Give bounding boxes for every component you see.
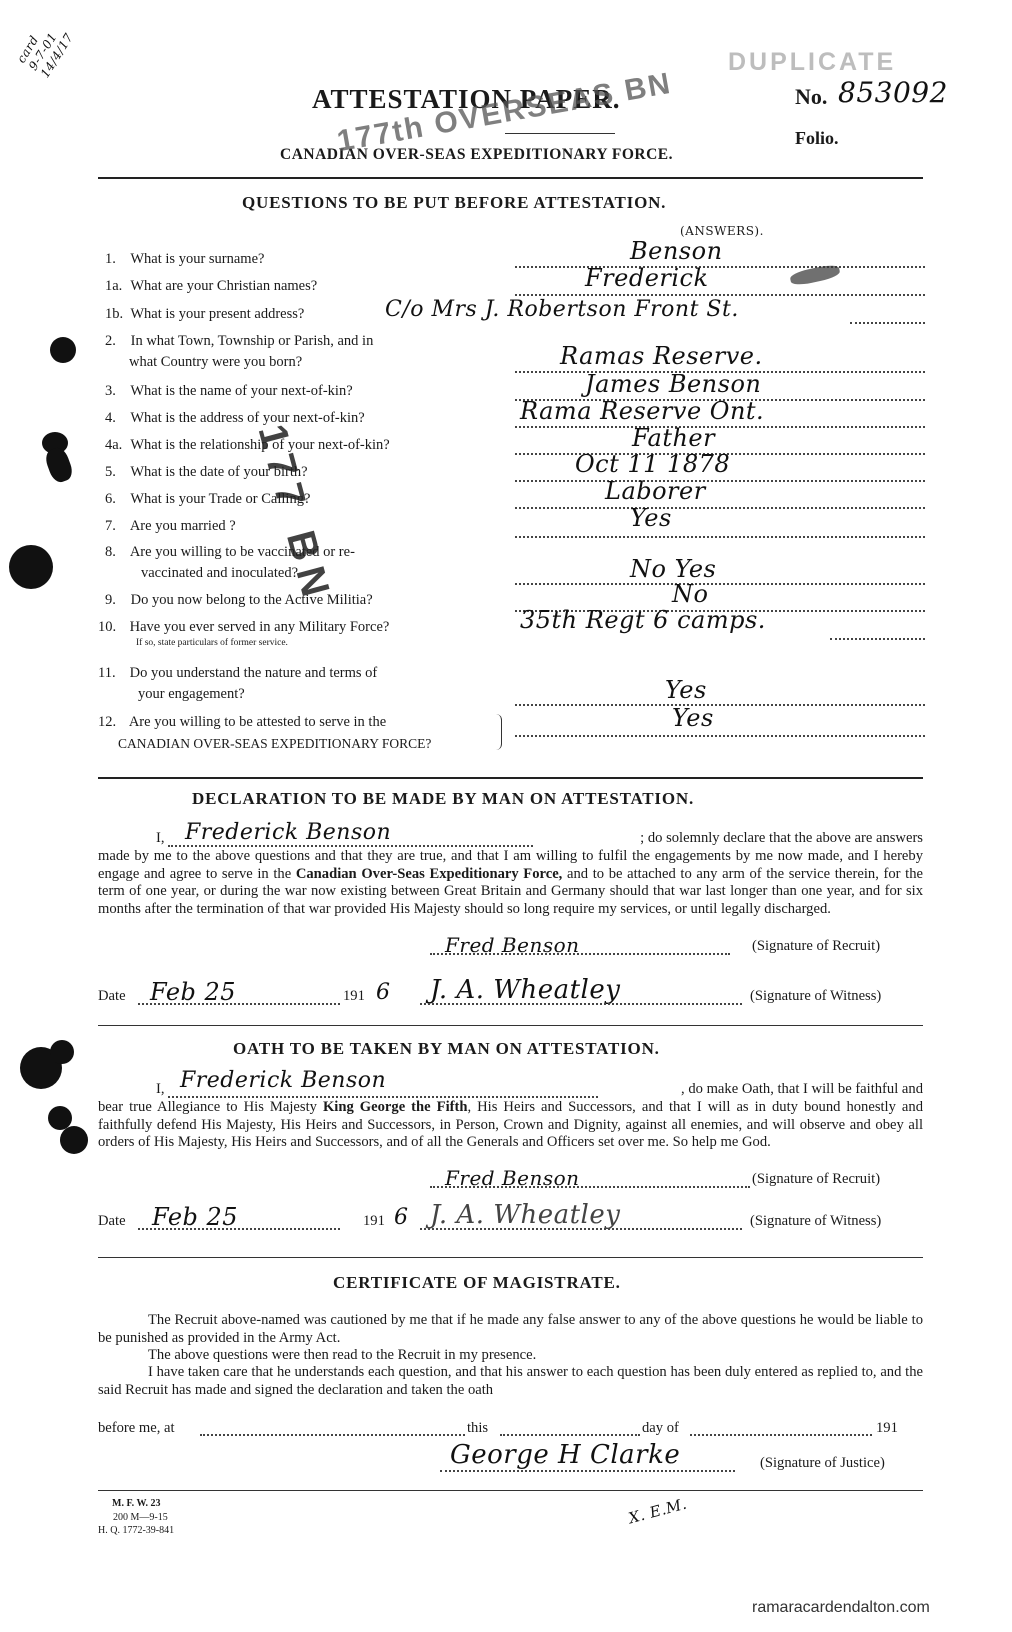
question-text: What is the address of your next-of-kin?: [130, 410, 364, 426]
answer-line: [850, 322, 925, 324]
answer-christian-names: Frederick: [585, 264, 709, 292]
print-code: 200 M—9-15: [113, 1512, 168, 1523]
questions-section-title: QUESTIONS TO BE PUT BEFORE ATTESTATION.: [242, 193, 666, 213]
ink-blot: [60, 1126, 88, 1154]
answer-line: [515, 266, 925, 268]
answer-vaccinated: No Yes: [630, 555, 716, 583]
question-text: Have you ever served in any Military For…: [130, 619, 390, 635]
footer-divider: [98, 1490, 923, 1491]
answer-line: [515, 507, 925, 509]
oath-year-prefix: 191: [363, 1213, 385, 1230]
place-line: [200, 1434, 465, 1436]
answer-understand-terms: Yes: [665, 676, 707, 704]
day-line: [500, 1434, 640, 1436]
witness-signature-label: (Signature of Witness): [750, 988, 881, 1005]
declaration-title: DECLARATION TO BE MADE BY MAN ON ATTESTA…: [192, 789, 694, 809]
answer-line: [515, 294, 925, 296]
month-line: [690, 1434, 872, 1436]
answer-line: [515, 426, 925, 428]
answers-column-label: (ANSWERS).: [680, 224, 764, 238]
question-11: 11. Do you understand the nature and ter…: [98, 663, 496, 705]
date-line: [138, 1228, 340, 1230]
folio-label: Folio.: [795, 128, 839, 149]
question-3: 3. What is the name of your next-of-kin?: [105, 381, 503, 402]
questions-divider: [98, 777, 923, 779]
corner-annotation: card 9-7-01 14/4/17: [14, 16, 76, 80]
question-2: 2. In what Town, Township or Parish, and…: [105, 331, 503, 373]
witness-signature-label: (Signature of Witness): [750, 1213, 881, 1230]
question-text: What is the name of your next-of-kin?: [130, 383, 352, 399]
duplicate-stamp: DUPLICATE: [728, 48, 896, 77]
question-text: What is your surname?: [130, 251, 264, 267]
oath-divider: [98, 1257, 923, 1258]
clerk-initials: X. E.M.: [627, 1495, 689, 1528]
magistrate-paragraph-3: I have taken care that he understands ea…: [98, 1364, 923, 1399]
magistrate-paragraph-1: The Recruit above-named was cautioned by…: [98, 1312, 923, 1347]
bracket: [496, 714, 502, 750]
oath-date-label: Date: [98, 1213, 126, 1230]
recruit-signature-label: (Signature of Recruit): [752, 938, 880, 955]
regimental-number-value: 853092: [838, 76, 948, 109]
answer-willing-to-serve: Yes: [672, 704, 714, 732]
answer-surname: Benson: [630, 237, 723, 265]
question-note: If so, state particulars of former servi…: [98, 638, 496, 649]
name-line: [168, 1096, 598, 1098]
oath-date-value: Feb 25: [152, 1203, 238, 1231]
magistrate-title: CERTIFICATE OF MAGISTRATE.: [333, 1273, 621, 1293]
ink-blot: [50, 1040, 74, 1064]
oath-title: OATH TO BE TAKEN BY MAN ON ATTESTATION.: [233, 1039, 660, 1059]
recruit-signature-label: (Signature of Recruit): [752, 1171, 880, 1188]
justice-signature-label: (Signature of Justice): [760, 1455, 885, 1472]
day-of-label: day of: [642, 1420, 679, 1437]
declaration-witness-signature: J. A. Wheatley: [430, 975, 620, 1005]
answer-line: [515, 735, 925, 737]
witness-line: [420, 1003, 742, 1005]
question-text: Are you willing to be attested to serve …: [129, 714, 386, 730]
hq-code: H. Q. 1772-39-841: [98, 1525, 174, 1536]
declaration-body: made by me to the above questions and th…: [98, 848, 923, 918]
question-12: 12. Are you willing to be attested to se…: [98, 712, 503, 754]
justice-line: [440, 1470, 735, 1472]
question-4a: 4a. What is the relationship of your nex…: [105, 435, 503, 456]
declaration-year-suffix: 6: [376, 980, 391, 1005]
oath-line1-rest: , do make Oath, that I will be faithful …: [600, 1081, 923, 1099]
declaration-line1-rest: ; do solemnly declare that the above are…: [536, 830, 923, 848]
oath-year-suffix: 6: [394, 1205, 409, 1230]
declaration-date-label: Date: [98, 988, 126, 1005]
answer-active-militia: No: [672, 580, 708, 608]
answer-birthplace: Ramas Reserve.: [560, 342, 763, 370]
question-1a: 1a. What are your Christian names?: [105, 276, 503, 297]
signature-line: [430, 1186, 750, 1188]
answer-line: [515, 704, 925, 706]
declaration-year-prefix: 191: [343, 988, 365, 1005]
witness-line: [420, 1228, 742, 1230]
ink-blot: [9, 545, 53, 589]
question-text: Do you understand the nature and terms o…: [130, 665, 378, 681]
question-4: 4. What is the address of your next-of-k…: [105, 408, 503, 429]
form-code: M. F. W. 23: [112, 1498, 161, 1509]
question-text: What is your present address?: [130, 306, 304, 322]
question-text: In what Town, Township or Parish, and in: [131, 333, 374, 349]
answer-next-of-kin-address: Rama Reserve Ont.: [520, 397, 764, 425]
year-label: 191: [876, 1420, 898, 1437]
declaration-divider: [98, 1025, 923, 1026]
declaration-recruit-name: Frederick Benson: [185, 820, 391, 845]
before-me-at-label: before me, at: [98, 1420, 175, 1437]
name-line: [168, 845, 533, 847]
justice-signature: George H Clarke: [450, 1440, 680, 1470]
oath-body: bear true Allegiance to His Majesty King…: [98, 1099, 923, 1152]
answer-next-of-kin-name: James Benson: [585, 370, 761, 398]
signature-line: [430, 953, 730, 955]
question-10: 10. Have you ever served in any Military…: [98, 617, 496, 649]
magistrate-paragraph-2: The above questions were then read to th…: [98, 1347, 923, 1365]
date-line: [138, 1003, 340, 1005]
answer-relationship: Father: [632, 424, 715, 452]
declaration-date-value: Feb 25: [150, 978, 236, 1006]
answer-present-address: C/o Mrs J. Robertson Front St.: [385, 297, 739, 322]
oath-witness-signature: J. A. Wheatley: [430, 1200, 620, 1230]
answer-line: [515, 480, 925, 482]
answer-military-service: 35th Regt 6 camps.: [520, 606, 766, 634]
answer-line: [515, 536, 925, 538]
oath-recruit-name: Frederick Benson: [180, 1068, 386, 1093]
regimental-number-label: No.: [795, 84, 827, 110]
answer-trade: Laborer: [605, 477, 706, 505]
header-divider: [98, 177, 923, 179]
ink-blot: [43, 445, 75, 484]
question-text: What are your Christian names?: [130, 278, 317, 294]
answer-line: [515, 583, 925, 585]
answer-birth-date: Oct 11 1878: [575, 450, 730, 478]
answer-line: [830, 638, 925, 640]
answer-married: Yes: [630, 504, 672, 532]
this-label: this: [467, 1420, 488, 1437]
ink-blot: [50, 337, 76, 363]
question-1: 1. What is your surname?: [105, 249, 503, 270]
question-text: Are you married ?: [130, 518, 236, 534]
title-underline: [505, 133, 615, 134]
website-watermark: ramaracardendalton.com: [752, 1599, 930, 1617]
